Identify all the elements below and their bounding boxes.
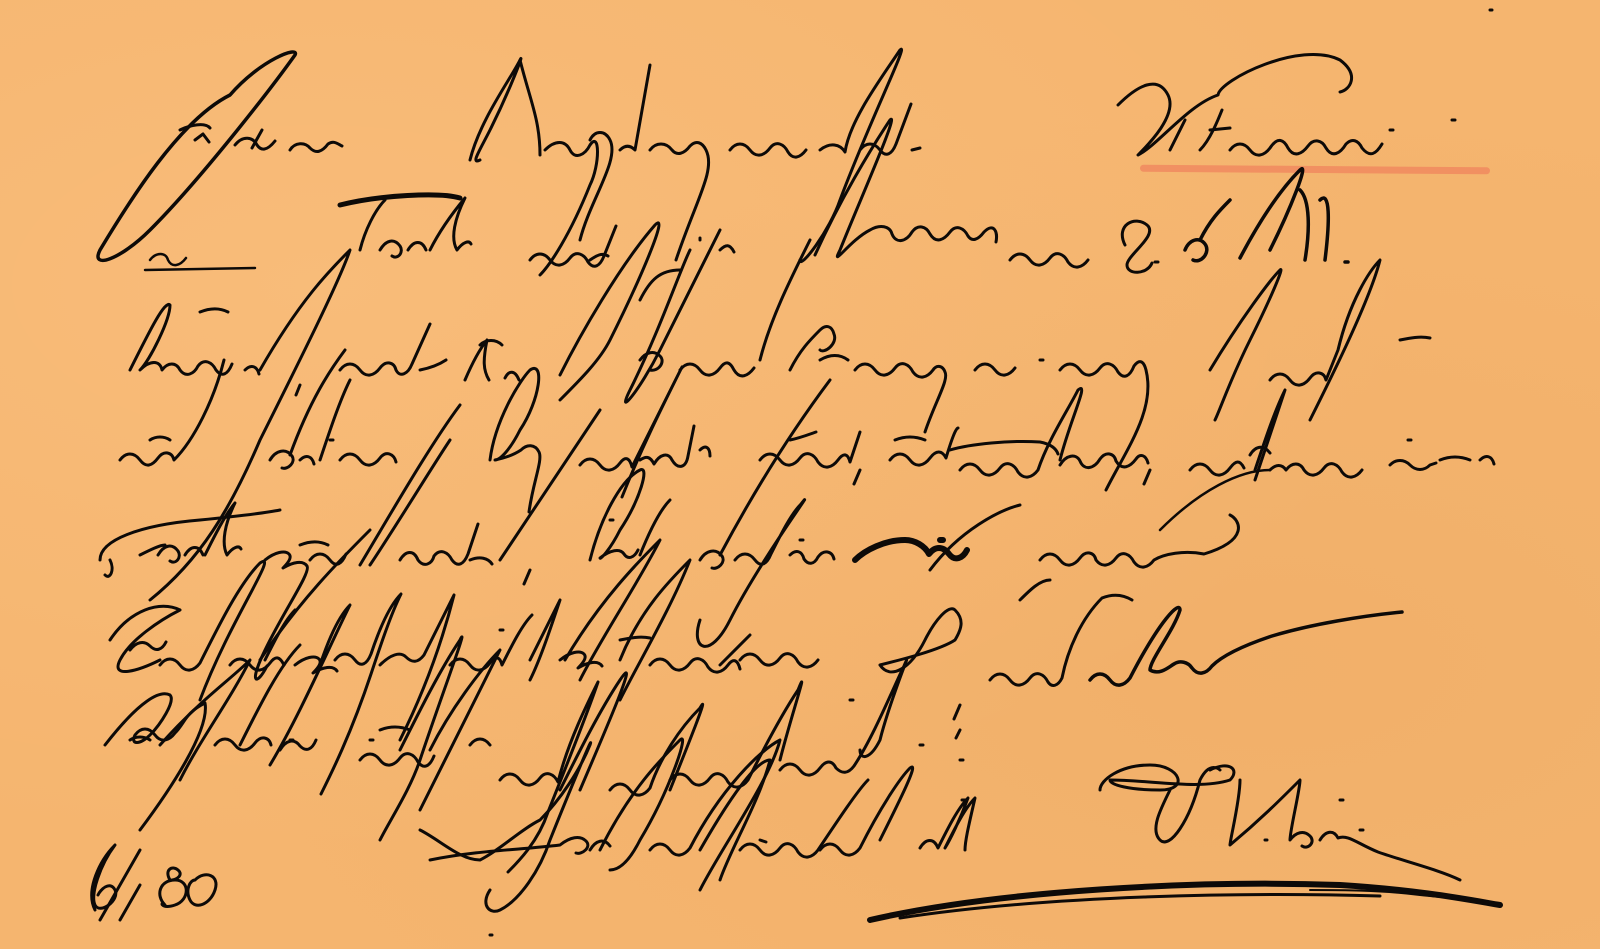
handwriting-ink — [0, 0, 1600, 949]
postcard: Zu der Angelegenheit Vinturini a Tock we… — [0, 0, 1600, 949]
